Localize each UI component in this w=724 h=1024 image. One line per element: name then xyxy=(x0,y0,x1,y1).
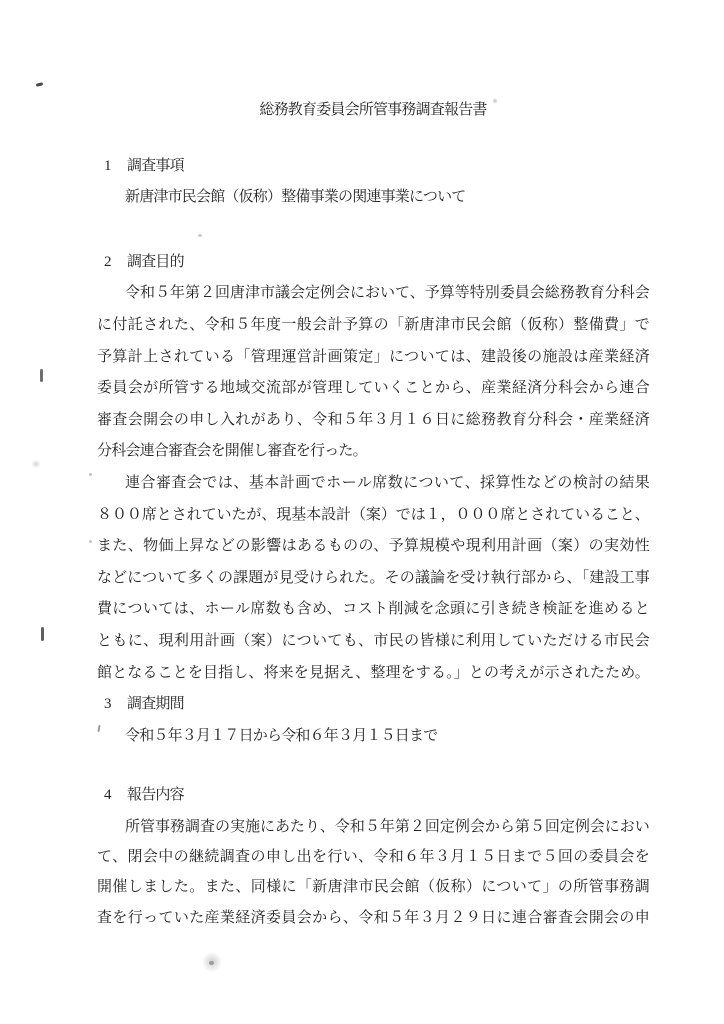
text-line: 費については、ホール席数も含め、コスト削減を念頭に引き続き検証を進めると xyxy=(97,594,649,626)
text-line: 令和５年３月１７日から令和６年３月１５日まで xyxy=(97,721,649,753)
scan-speck xyxy=(36,82,44,87)
text-line: 新唐津市民会館（仮称）整備事業の関連事業について xyxy=(97,182,649,214)
document-title: 総務教育委員会所管事務調査報告書 xyxy=(97,95,649,127)
paragraph: 令和５年第２回唐津市議会定例会において、予算等特別委員会総務教育分科会に付託され… xyxy=(97,278,649,468)
section-heading-label: 調査期間 xyxy=(127,696,184,712)
section-3: 3調査期間令和５年３月１７日から令和６年３月１５日まで xyxy=(97,689,649,752)
section-heading-label: 調査事項 xyxy=(127,158,184,174)
text-line: 審査会開会の申し入れがあり、令和５年３月１６日に総務教育分科会・産業経済 xyxy=(97,405,649,437)
scanned-document-page: 総務教育委員会所管事務調査報告書 1調査事項新唐津市民会館（仮称）整備事業の関連… xyxy=(0,0,724,1024)
paragraph: 連合審査会では、基本計画でホール席数について、採算性などの検討の結果８００席とさ… xyxy=(97,468,649,689)
text-line: などについて多くの課題が見受けられた。その議論を受け執行部から、「建設工事 xyxy=(97,563,649,595)
scan-speck xyxy=(89,473,92,476)
document-sections: 1調査事項新唐津市民会館（仮称）整備事業の関連事業について2調査目的令和５年第２… xyxy=(97,151,649,933)
text-line: 開催しました。また、同様に「新唐津市民会館（仮称）について」の所管事務調 xyxy=(97,872,649,902)
section-number: 4 xyxy=(104,780,127,812)
text-line: 分科会連合審査会を開催し審査を行った。 xyxy=(97,436,649,468)
scan-speck xyxy=(40,369,43,382)
scan-smudge xyxy=(200,952,224,972)
section-heading: 2調査目的 xyxy=(97,247,649,279)
section-heading-label: 報告内容 xyxy=(127,787,184,803)
section-heading-label: 調査目的 xyxy=(127,254,184,270)
text-line: 査を行っていた産業経済委員会から、令和５年３月２９日に連合審査会開会の申 xyxy=(97,903,649,933)
text-line: 令和５年第２回唐津市議会定例会において、予算等特別委員会総務教育分科会 xyxy=(97,278,649,310)
section-heading: 1調査事項 xyxy=(97,151,649,183)
text-line: 所管事務調査の実施にあたり、令和５年第２回定例会から第５回定例会におい xyxy=(97,812,649,842)
section-number: 2 xyxy=(104,247,127,279)
text-line: 連合審査会では、基本計画でホール席数について、採算性などの検討の結果 xyxy=(97,468,649,500)
text-line: ８００席とされていたが、現基本設計（案）では１，０００席とされていること、 xyxy=(97,500,649,532)
scan-smudge xyxy=(209,961,214,965)
text-line: 予算計上されている「管理運営計画策定」については、建設後の施設は産業経済 xyxy=(97,342,649,374)
text-line: に付託された、令和５年度一般会計予算の「新唐津市民会館（仮称）整備費」で xyxy=(97,310,649,342)
scan-speck xyxy=(31,460,41,468)
text-line: 館となることを目指し、将来を見据え、整理をする。」との考えが示されたため。 xyxy=(97,658,649,690)
text-line: 委員会が所管する地域交流部が管理していくことから、産業経済分科会から連合 xyxy=(97,373,649,405)
paragraph: 所管事務調査の実施にあたり、令和５年第２回定例会から第５回定例会において、閉会中… xyxy=(97,812,649,933)
scan-speck xyxy=(41,627,44,641)
paragraph: 令和５年３月１７日から令和６年３月１５日まで xyxy=(97,721,649,753)
section-2: 2調査目的令和５年第２回唐津市議会定例会において、予算等特別委員会総務教育分科会… xyxy=(97,247,649,689)
text-line: て、閉会中の継続調査の申し出を行い、令和６年３月１５日まで５回の委員会を xyxy=(97,842,649,872)
paragraph: 新唐津市民会館（仮称）整備事業の関連事業について xyxy=(97,182,649,214)
document-text-block: 総務教育委員会所管事務調査報告書 1調査事項新唐津市民会館（仮称）整備事業の関連… xyxy=(97,95,649,933)
text-line: ともに、現利用計画（案）についても、市民の皆様に利用していただける市民会 xyxy=(97,626,649,658)
section-1: 1調査事項新唐津市民会館（仮称）整備事業の関連事業について xyxy=(97,151,649,214)
scan-speck xyxy=(89,540,92,543)
text-line: また、物価上昇などの影響はあるものの、予算規模や現利用計画（案）の実効性 xyxy=(97,531,649,563)
section-heading: 3調査期間 xyxy=(97,689,649,721)
section-heading: 4報告内容 xyxy=(97,780,649,812)
section-number: 3 xyxy=(104,689,127,721)
section-4: 4報告内容所管事務調査の実施にあたり、令和５年第２回定例会から第５回定例会におい… xyxy=(97,780,649,933)
section-number: 1 xyxy=(104,151,127,183)
